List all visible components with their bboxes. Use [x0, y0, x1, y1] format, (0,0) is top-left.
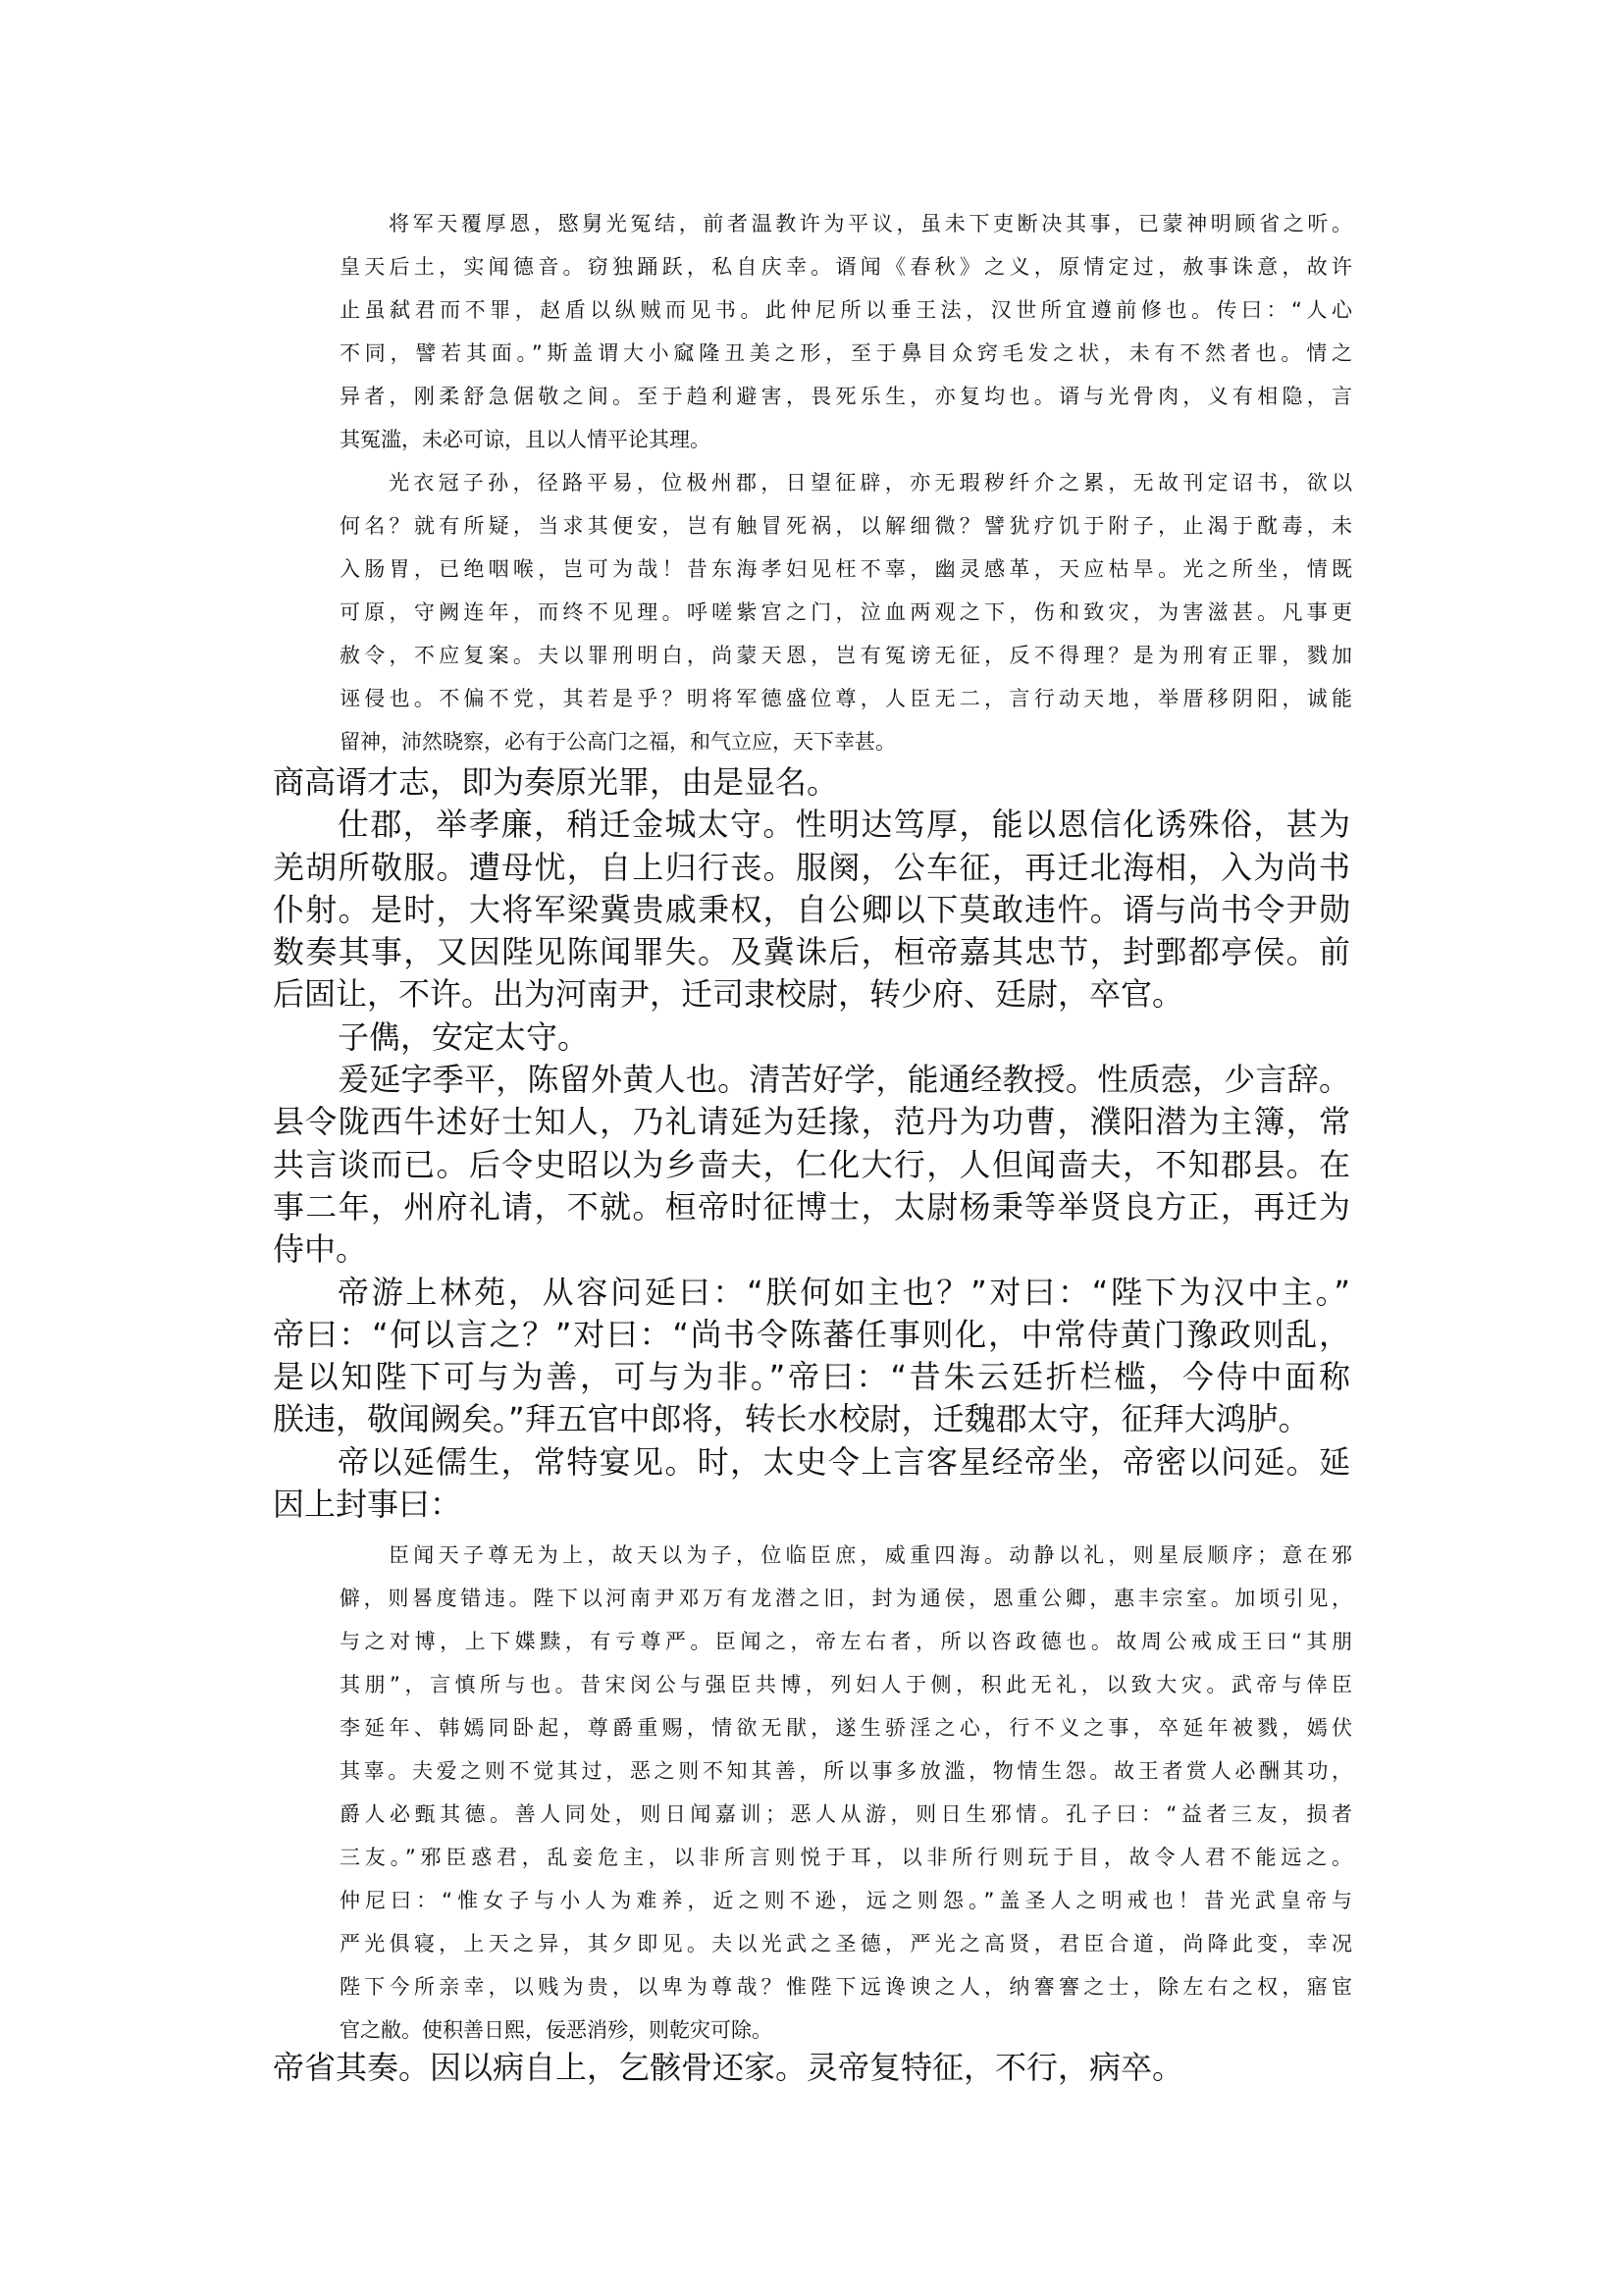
paragraph: 臣闻天子尊无为上，故天以为子，位临臣庶，威重四海。动静以礼，则星辰顺序；意在邪僻…	[340, 1534, 1352, 2052]
main-text-block-2: 帝省其奏。因以病自上，乞骸骨还家。灵帝复特征，不行，病卒。	[273, 2047, 1350, 2089]
text-line: 光衣冠子孙，径路平易，位极州郡，日望征辟，亦无瑕秽纤介之累，无故刊定诏书，欲以	[340, 461, 1352, 504]
text-line: 将军天覆厚恩，愍舅光冤结，前者温教许为平议，虽未下吏断决其事，已蒙神明顾省之听。	[340, 202, 1352, 245]
text-line: 臣闻天子尊无为上，故天以为子，位临臣庶，威重四海。动静以礼，则星辰顺序；意在邪	[340, 1534, 1352, 1577]
text-line: 三友。”邪臣惑君，乱妾危主，以非所言则悦于耳，以非所行则玩于目，故令人君不能远之…	[340, 1836, 1352, 1879]
paragraph: 光衣冠子孙，径路平易，位极州郡，日望征辟，亦无瑕秽纤介之累，无故刊定诏书，欲以何…	[340, 461, 1352, 763]
text-line: 仆射。是时，大将军梁冀贵戚秉权，自公卿以下莫敢违忤。谞与尚书令尹勋	[273, 889, 1350, 931]
text-line: 是以知陛下可与为善，可与为非。”帝曰：“昔朱云廷折栏槛，今侍中面称	[273, 1356, 1350, 1398]
text-line: 朕违，敬闻阙矣。”拜五官中郎将，转长水校尉，迁魏郡太守，征拜大鸿胪。	[273, 1398, 1350, 1440]
text-line: 仕郡，举孝廉，稍迁金城太守。性明达笃厚，能以恩信化诱殊俗，甚为	[273, 804, 1350, 846]
text-line: 子儁，安定太守。	[273, 1017, 1350, 1059]
text-line: 侍中。	[273, 1228, 1350, 1271]
text-line: 商高谞才志，即为奏原光罪，由是显名。	[273, 761, 1350, 804]
text-line: 县令陇西牛述好士知人，乃礼请延为廷掾，范丹为功曹，濮阳潜为主簿，常	[273, 1101, 1350, 1143]
paragraph: 将军天覆厚恩，愍舅光冤结，前者温教许为平议，虽未下吏断决其事，已蒙神明顾省之听。…	[340, 202, 1352, 461]
paragraph: 商高谞才志，即为奏原光罪，由是显名。	[273, 761, 1350, 804]
text-line: 后固让，不许。出为河南尹，迁司隶校尉，转少府、廷尉，卒官。	[273, 973, 1350, 1016]
text-line: 羌胡所敬服。遭母忧，自上归行丧。服阕，公车征，再迁北海相，入为尚书	[273, 847, 1350, 889]
text-line: 帝省其奏。因以病自上，乞骸骨还家。灵帝复特征，不行，病卒。	[273, 2047, 1350, 2089]
text-line: 其辜。夫爱之则不觉其过，恶之则不知其善，所以事多放滥，物情生怨。故王者赏人必酬其…	[340, 1749, 1352, 1793]
text-line: 仲尼曰：“惟女子与小人为难养，近之则不逊，远之则怨。”盖圣人之明戒也！昔光武皇帝…	[340, 1879, 1352, 1922]
text-line: 入肠胃，已绝咽喉，岂可为哉！昔东海孝妇见枉不辜，幽灵感革，天应枯旱。光之所坐，情…	[340, 547, 1352, 591]
text-line: 帝曰：“何以言之？”对曰：“尚书令陈蕃任事则化，中常侍黄门豫政则乱，	[273, 1314, 1350, 1356]
text-line: 止虽弑君而不罪，赵盾以纵贼而见书。此仲尼所以垂王法，汉世所宜遵前修也。传曰：“人…	[340, 288, 1352, 332]
text-line: 爰延字季平，陈留外黄人也。清苦好学，能通经教授。性质悫，少言辞。	[273, 1059, 1350, 1101]
text-line: 僻，则晷度错违。陛下以河南尹邓万有龙潜之旧，封为通侯，恩重公卿，惠丰宗室。加顷引…	[340, 1577, 1352, 1620]
quoted-memorial-block-2: 臣闻天子尊无为上，故天以为子，位临臣庶，威重四海。动静以礼，则星辰顺序；意在邪僻…	[340, 1534, 1352, 2052]
text-line: 诬侵也。不偏不党，其若是乎？明将军德盛位尊，人臣无二，言行动天地，举厝移阴阳，诚…	[340, 677, 1352, 720]
document-page: 将军天覆厚恩，愍舅光冤结，前者温教许为平议，虽未下吏断决其事，已蒙神明顾省之听。…	[0, 0, 1624, 2294]
text-line: 爵人必甄其德。善人同处，则日闻嘉训；恶人从游，则日生邪情。孔子曰：“益者三友，损…	[340, 1793, 1352, 1836]
text-line: 其冤滥，未必可谅，且以人情平论其理。	[340, 418, 1352, 461]
text-line: 赦令，不应复案。夫以罪刑明白，尚蒙天恩，岂有冤谤无征，反不得理？是为刑宥正罪，戮…	[340, 634, 1352, 677]
text-line: 异者，刚柔舒急倨敬之间。至于趋利避害，畏死乐生，亦复均也。谞与光骨肉，义有相隐，…	[340, 375, 1352, 418]
text-line: 因上封事曰：	[273, 1484, 1350, 1526]
text-line: 留神，沛然晓察，必有于公高门之福，和气立应，天下幸甚。	[340, 720, 1352, 763]
paragraph: 帝以延儒生，常特宴见。时，太史令上言客星经帝坐，帝密以问延。延因上封事曰：	[273, 1441, 1350, 1527]
text-line: 其朋”，言慎所与也。昔宋闵公与强臣共博，列妇人于侧，积此无礼，以致大灾。武帝与倖…	[340, 1663, 1352, 1706]
text-line: 不同，譬若其面。”斯盖谓大小窳隆丑美之形，至于鼻目众窍毛发之状，未有不然者也。情…	[340, 332, 1352, 375]
paragraph: 帝省其奏。因以病自上，乞骸骨还家。灵帝复特征，不行，病卒。	[273, 2047, 1350, 2089]
text-line: 严光俱寝，上天之异，其夕即见。夫以光武之圣德，严光之高贤，君臣合道，尚降此变，幸…	[340, 1922, 1352, 1965]
text-line: 陛下今所亲幸，以贱为贵，以卑为尊哉？惟陛下远谗谀之人，纳謇謇之士，除左右之权，寤…	[340, 1965, 1352, 2008]
paragraph: 爰延字季平，陈留外黄人也。清苦好学，能通经教授。性质悫，少言辞。县令陇西牛述好士…	[273, 1059, 1350, 1271]
text-line: 数奏其事，又因陛见陈闻罪失。及冀诛后，桓帝嘉其忠节，封鄄都亭侯。前	[273, 931, 1350, 973]
text-line: 帝以延儒生，常特宴见。时，太史令上言客星经帝坐，帝密以问延。延	[273, 1441, 1350, 1484]
text-line: 可原，守阙连年，而终不见理。呼嗟紫宫之门，泣血两观之下，伤和致灾，为害滋甚。凡事…	[340, 591, 1352, 634]
text-line: 与之对博，上下媟黩，有亏尊严。臣闻之，帝左右者，所以咨政德也。故周公戒成王曰“其…	[340, 1620, 1352, 1663]
quoted-memorial-block-1: 将军天覆厚恩，愍舅光冤结，前者温教许为平议，虽未下吏断决其事，已蒙神明顾省之听。…	[340, 202, 1352, 763]
text-line: 皇天后土，实闻德音。窃独踊跃，私自庆幸。谞闻《春秋》之义，原情定过，赦事诛意，故…	[340, 245, 1352, 288]
text-line: 帝游上林苑，从容问延曰：“朕何如主也？”对曰：“陛下为汉中主。”	[273, 1272, 1350, 1314]
text-line: 何名？就有所疑，当求其便安，岂有触冒死祸，以解细微？譬犹疗饥于附子，止渴于酖毒，…	[340, 504, 1352, 547]
text-line: 官之敝。使积善日熙，佞恶消殄，则乾灾可除。	[340, 2008, 1352, 2052]
paragraph: 帝游上林苑，从容问延曰：“朕何如主也？”对曰：“陛下为汉中主。”帝曰：“何以言之…	[273, 1272, 1350, 1441]
text-line: 事二年，州府礼请，不就。桓帝时征博士，太尉杨秉等举贤良方正，再迁为	[273, 1186, 1350, 1228]
text-line: 共言谈而已。后令史昭以为乡啬夫，仁化大行，人但闻啬夫，不知郡县。在	[273, 1144, 1350, 1186]
paragraph: 仕郡，举孝廉，稍迁金城太守。性明达笃厚，能以恩信化诱殊俗，甚为羌胡所敬服。遭母忧…	[273, 804, 1350, 1016]
text-line: 李延年、韩嫣同卧起，尊爵重赐，情欲无猒，遂生骄淫之心，行不义之事，卒延年被戮，嫣…	[340, 1706, 1352, 1749]
paragraph: 子儁，安定太守。	[273, 1017, 1350, 1059]
main-text-block-1: 商高谞才志，即为奏原光罪，由是显名。仕郡，举孝廉，稍迁金城太守。性明达笃厚，能以…	[273, 761, 1350, 1526]
